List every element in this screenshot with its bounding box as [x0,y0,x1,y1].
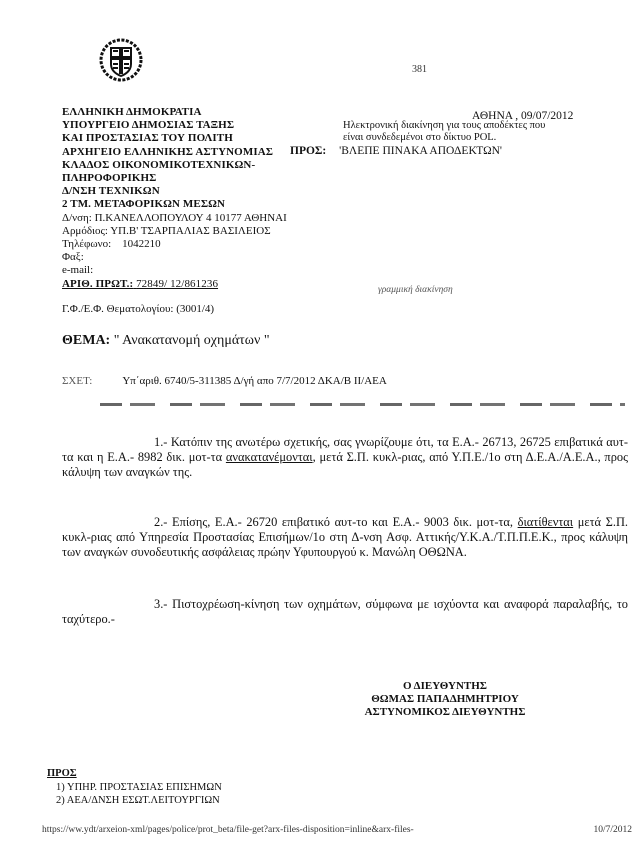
distribution-list: ΠΡΟΣ 1) ΥΠΗΡ. ΠΡΟΣΤΑΣΙΑΣ ΕΠΙΣΗΜΩΝ 2) ΑΕΑ… [47,767,222,808]
header-line: Δ/ΝΣΗ ΤΕΧΝΙΚΩΝ [62,185,287,198]
subject: ΘΕΜΑ: " Ανακατανομή οχημάτων " [62,333,270,349]
paragraph-3: 3.- Πιστοχρέωση-κίνηση των οχημάτων, σύμ… [62,597,628,627]
paragraph-text: 2.- Επίσης, Ε.Α.- 26720 επιβατικό αυτ-το… [154,515,518,529]
email-line: e-mail: [62,264,287,277]
electronic-note-line: είναι συνδεδεμένοι στο δίκτυο POL. [343,132,545,144]
paragraph-emphasis: ανακατανέμονται [226,450,313,464]
header-line: ΚΛΑΔΟΣ ΟΙΚΟΝΟΜΙΚΟΤΕΧΝΙΚΩΝ- [62,159,287,172]
sender-header: ΕΛΛΗΝΙΚΗ ΔΗΜΟΚΡΑΤΙΑ ΥΠΟΥΡΓΕΙΟ ΔΗΜΟΣΙΑΣ Τ… [62,106,287,291]
recipient-to-label: ΠΡΟΣ: [290,145,326,157]
signature-name: ΘΩΜΑΣ ΠΑΠΑΔΗΜΗΤΡΙΟΥ [335,693,555,706]
distribution-item: 1) ΥΠΗΡ. ΠΡΟΣΤΑΣΙΑΣ ΕΠΙΣΗΜΩΝ [47,781,222,795]
protocol-value: 72849/ 12/861236 [136,278,218,290]
related-label: ΣΧΕΤ: [62,375,120,387]
top-number: 381 [412,64,427,75]
footer-date: 10/7/2012 [593,825,632,835]
phone-line: Τηλέφωνο: 1042210 [62,238,287,251]
footer-url: https://ww.ydt/arxeion-xml/pages/police/… [42,825,542,835]
subject-label: ΘΕΜΑ: [62,333,110,348]
header-line: ΕΛΛΗΝΙΚΗ ΔΗΜΟΚΡΑΤΙΑ [62,106,287,119]
recipient-to: ΠΡΟΣ: 'ΒΛΕΠΕ ΠΙΝΑΚΑ ΑΠΟΔΕΚΤΩΝ' [290,145,502,157]
greek-coat-of-arms-icon [97,36,145,84]
protocol-number: ΑΡΙΘ. ΠΡΩΤ.: 72849/ 12/861236 [62,278,287,291]
paragraph-text: 3.- Πιστοχρέωση-κίνηση των οχημάτων, σύμ… [62,597,628,626]
distribution-label: ΠΡΟΣ [47,767,222,781]
distribution-item: 2) ΑΕΑ/ΔΝΣΗ ΕΣΩΤ.ΛΕΙΤΟΥΡΓΙΩΝ [47,794,222,808]
related-reference: ΣΧΕΤ: Υπ΄αριθ. 6740/5-311385 Δ/γή απο 7/… [62,375,387,387]
signature-rank: ΑΣΤΥΝΟΜΙΚΟΣ ΔΙΕΥΘΥΝΤΗΣ [335,706,555,719]
file-reference: Γ.Φ./Ε.Φ. Θεματολογίου: (3001/4) [62,303,214,315]
signature-title: Ο ΔΙΕΥΘΥΝΤΗΣ [335,680,555,693]
print-footer: https://ww.ydt/arxeion-xml/pages/police/… [42,825,632,838]
faded-note: γραμμική διακίνηση [378,285,453,295]
header-line: 2 ΤΜ. ΜΕΤΑΦΟΡΙΚΩΝ ΜΕΣΩΝ [62,198,287,211]
header-line: ΥΠΟΥΡΓΕΙΟ ΔΗΜΟΣΙΑΣ ΤΑΞΗΣ [62,119,287,132]
signature-block: Ο ΔΙΕΥΘΥΝΤΗΣ ΘΩΜΑΣ ΠΑΠΑΔΗΜΗΤΡΙΟΥ ΑΣΤΥΝΟΜ… [335,680,555,719]
responsible-line: Αρμόδιος: ΥΠ.Β' ΤΣΑΡΠΑΛΙΑΣ ΒΑΣΙΛΕΙΟΣ [62,225,287,238]
redaction-line [100,403,625,406]
paragraph-emphasis: διατίθενται [518,515,574,529]
address-line: Δ/νση: Π.ΚΑΝΕΛΛΟΠΟΥΛΟΥ 4 10177 ΑΘΗΝΑΙ [62,212,287,225]
protocol-label: ΑΡΙΘ. ΠΡΩΤ.: [62,278,133,290]
header-line: ΠΛΗΡΟΦΟΡΙΚΗΣ [62,172,287,185]
recipient-to-value: 'ΒΛΕΠΕ ΠΙΝΑΚΑ ΑΠΟΔΕΚΤΩΝ' [339,145,502,157]
subject-value: " Ανακατανομή οχημάτων " [114,333,270,348]
paragraph-1: 1.- Κατόπιν της ανωτέρω σχετικής, σας γν… [62,435,628,480]
related-value: Υπ΄αριθ. 6740/5-311385 Δ/γή απο 7/7/2012… [122,375,387,387]
paragraph-2: 2.- Επίσης, Ε.Α.- 26720 επιβατικό αυτ-το… [62,515,628,560]
electronic-note-line: Ηλεκτρονική διακίνηση για τους αποδέκτες… [343,120,545,132]
fax-line: Φαξ: [62,251,287,264]
electronic-note: Ηλεκτρονική διακίνηση για τους αποδέκτες… [343,120,545,144]
header-line: ΑΡΧΗΓΕΙΟ ΕΛΛΗΝΙΚΗΣ ΑΣΤΥΝΟΜΙΑΣ [62,146,287,159]
header-line: ΚΑΙ ΠΡΟΣΤΑΣΙΑΣ ΤΟΥ ΠΟΛΙΤΗ [62,132,287,145]
